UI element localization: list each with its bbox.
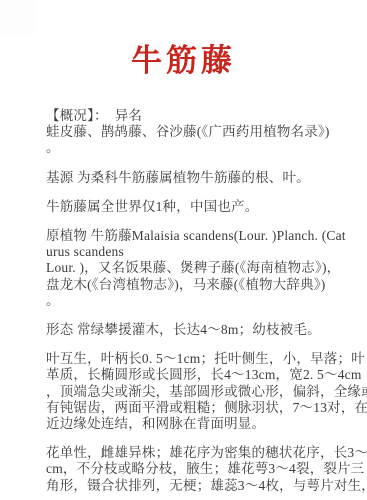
text-line: 革质，长椭圆形或长圆形，长4～13cm，宽2. 5～4cm bbox=[46, 367, 327, 383]
paragraph: 基源 为桑科牛筋藤属植物牛筋藤的根、叶。 bbox=[46, 170, 327, 186]
paragraph: 牛筋藤属全世界仅1种，中国也产。 bbox=[46, 199, 327, 215]
text-line: 近边缘处连结，和网脉在背面明显。 bbox=[46, 416, 327, 432]
paragraph: 叶互生，叶柄长0. 5～1cm；托叶侧生，小，早落；叶革质，长椭圆形或长圆形，长… bbox=[46, 351, 327, 432]
text-line: 。 bbox=[46, 140, 327, 156]
text-line: Lour. )，又名饭果藤、煲稗子藤(《海南植物志》)， bbox=[46, 260, 327, 276]
page-title: 牛筋藤 bbox=[0, 0, 367, 82]
text-line: 角形，镊合状排列，无梗；雄蕊3～4枚，与萼片对生， bbox=[46, 478, 327, 494]
text-line: 有钝锯齿，两面平滑或粗糙；侧脉羽状，7～13对，在 bbox=[46, 400, 327, 416]
paragraph: 形态 常绿攀援灌木，长达4～8m；幼枝被毛。 bbox=[46, 322, 327, 338]
text-line: 叶互生，叶柄长0. 5～1cm；托叶侧生，小，早落；叶 bbox=[46, 351, 327, 367]
text-line: 形态 常绿攀援灌木，长达4～8m；幼枝被毛。 bbox=[46, 322, 327, 338]
text-line: urus scandens bbox=[46, 244, 327, 260]
text-line: 原植物 牛筋藤Malaisia scandens(Lour. )Planch. … bbox=[46, 228, 327, 244]
text-line: 花单性，雌雄异株；雄花序为密集的穗状花序，长3～6 bbox=[46, 445, 327, 461]
text-line: 牛筋藤属全世界仅1种，中国也产。 bbox=[46, 199, 327, 215]
text-line: 【概况】： 异名 bbox=[46, 108, 327, 124]
paragraph: 花单性，雌雄异株；雄花序为密集的穗状花序，长3～6cm，不分枝或略分枝，腋生；雄… bbox=[46, 445, 327, 494]
text-line: 蛙皮藤、鹊鸪藤、谷沙藤(《广西药用植物名录》) bbox=[46, 124, 327, 140]
document-body: 【概况】： 异名蛙皮藤、鹊鸪藤、谷沙藤(《广西药用植物名录》)。基源 为桑科牛筋… bbox=[0, 82, 367, 494]
text-line: cm，不分枝或略分枝，腋生；雄花萼3～4裂，裂片三 bbox=[46, 461, 327, 477]
text-line: 盘龙木(《台湾植物志》)，马来藤(《植物大辞典》) bbox=[46, 277, 327, 293]
document-page: 牛筋藤 【概况】： 异名蛙皮藤、鹊鸪藤、谷沙藤(《广西药用植物名录》)。基源 为… bbox=[0, 0, 367, 500]
text-line: 。 bbox=[46, 293, 327, 309]
text-line: 基源 为桑科牛筋藤属植物牛筋藤的根、叶。 bbox=[46, 170, 327, 186]
paragraph: 【概况】： 异名蛙皮藤、鹊鸪藤、谷沙藤(《广西药用植物名录》)。 bbox=[46, 108, 327, 157]
paragraph: 原植物 牛筋藤Malaisia scandens(Lour. )Planch. … bbox=[46, 228, 327, 309]
scan-artifact bbox=[0, 0, 36, 34]
text-line: ，顶端急尖或渐尖，基部圆形或微心形，偏斜，全缘或 bbox=[46, 384, 327, 400]
